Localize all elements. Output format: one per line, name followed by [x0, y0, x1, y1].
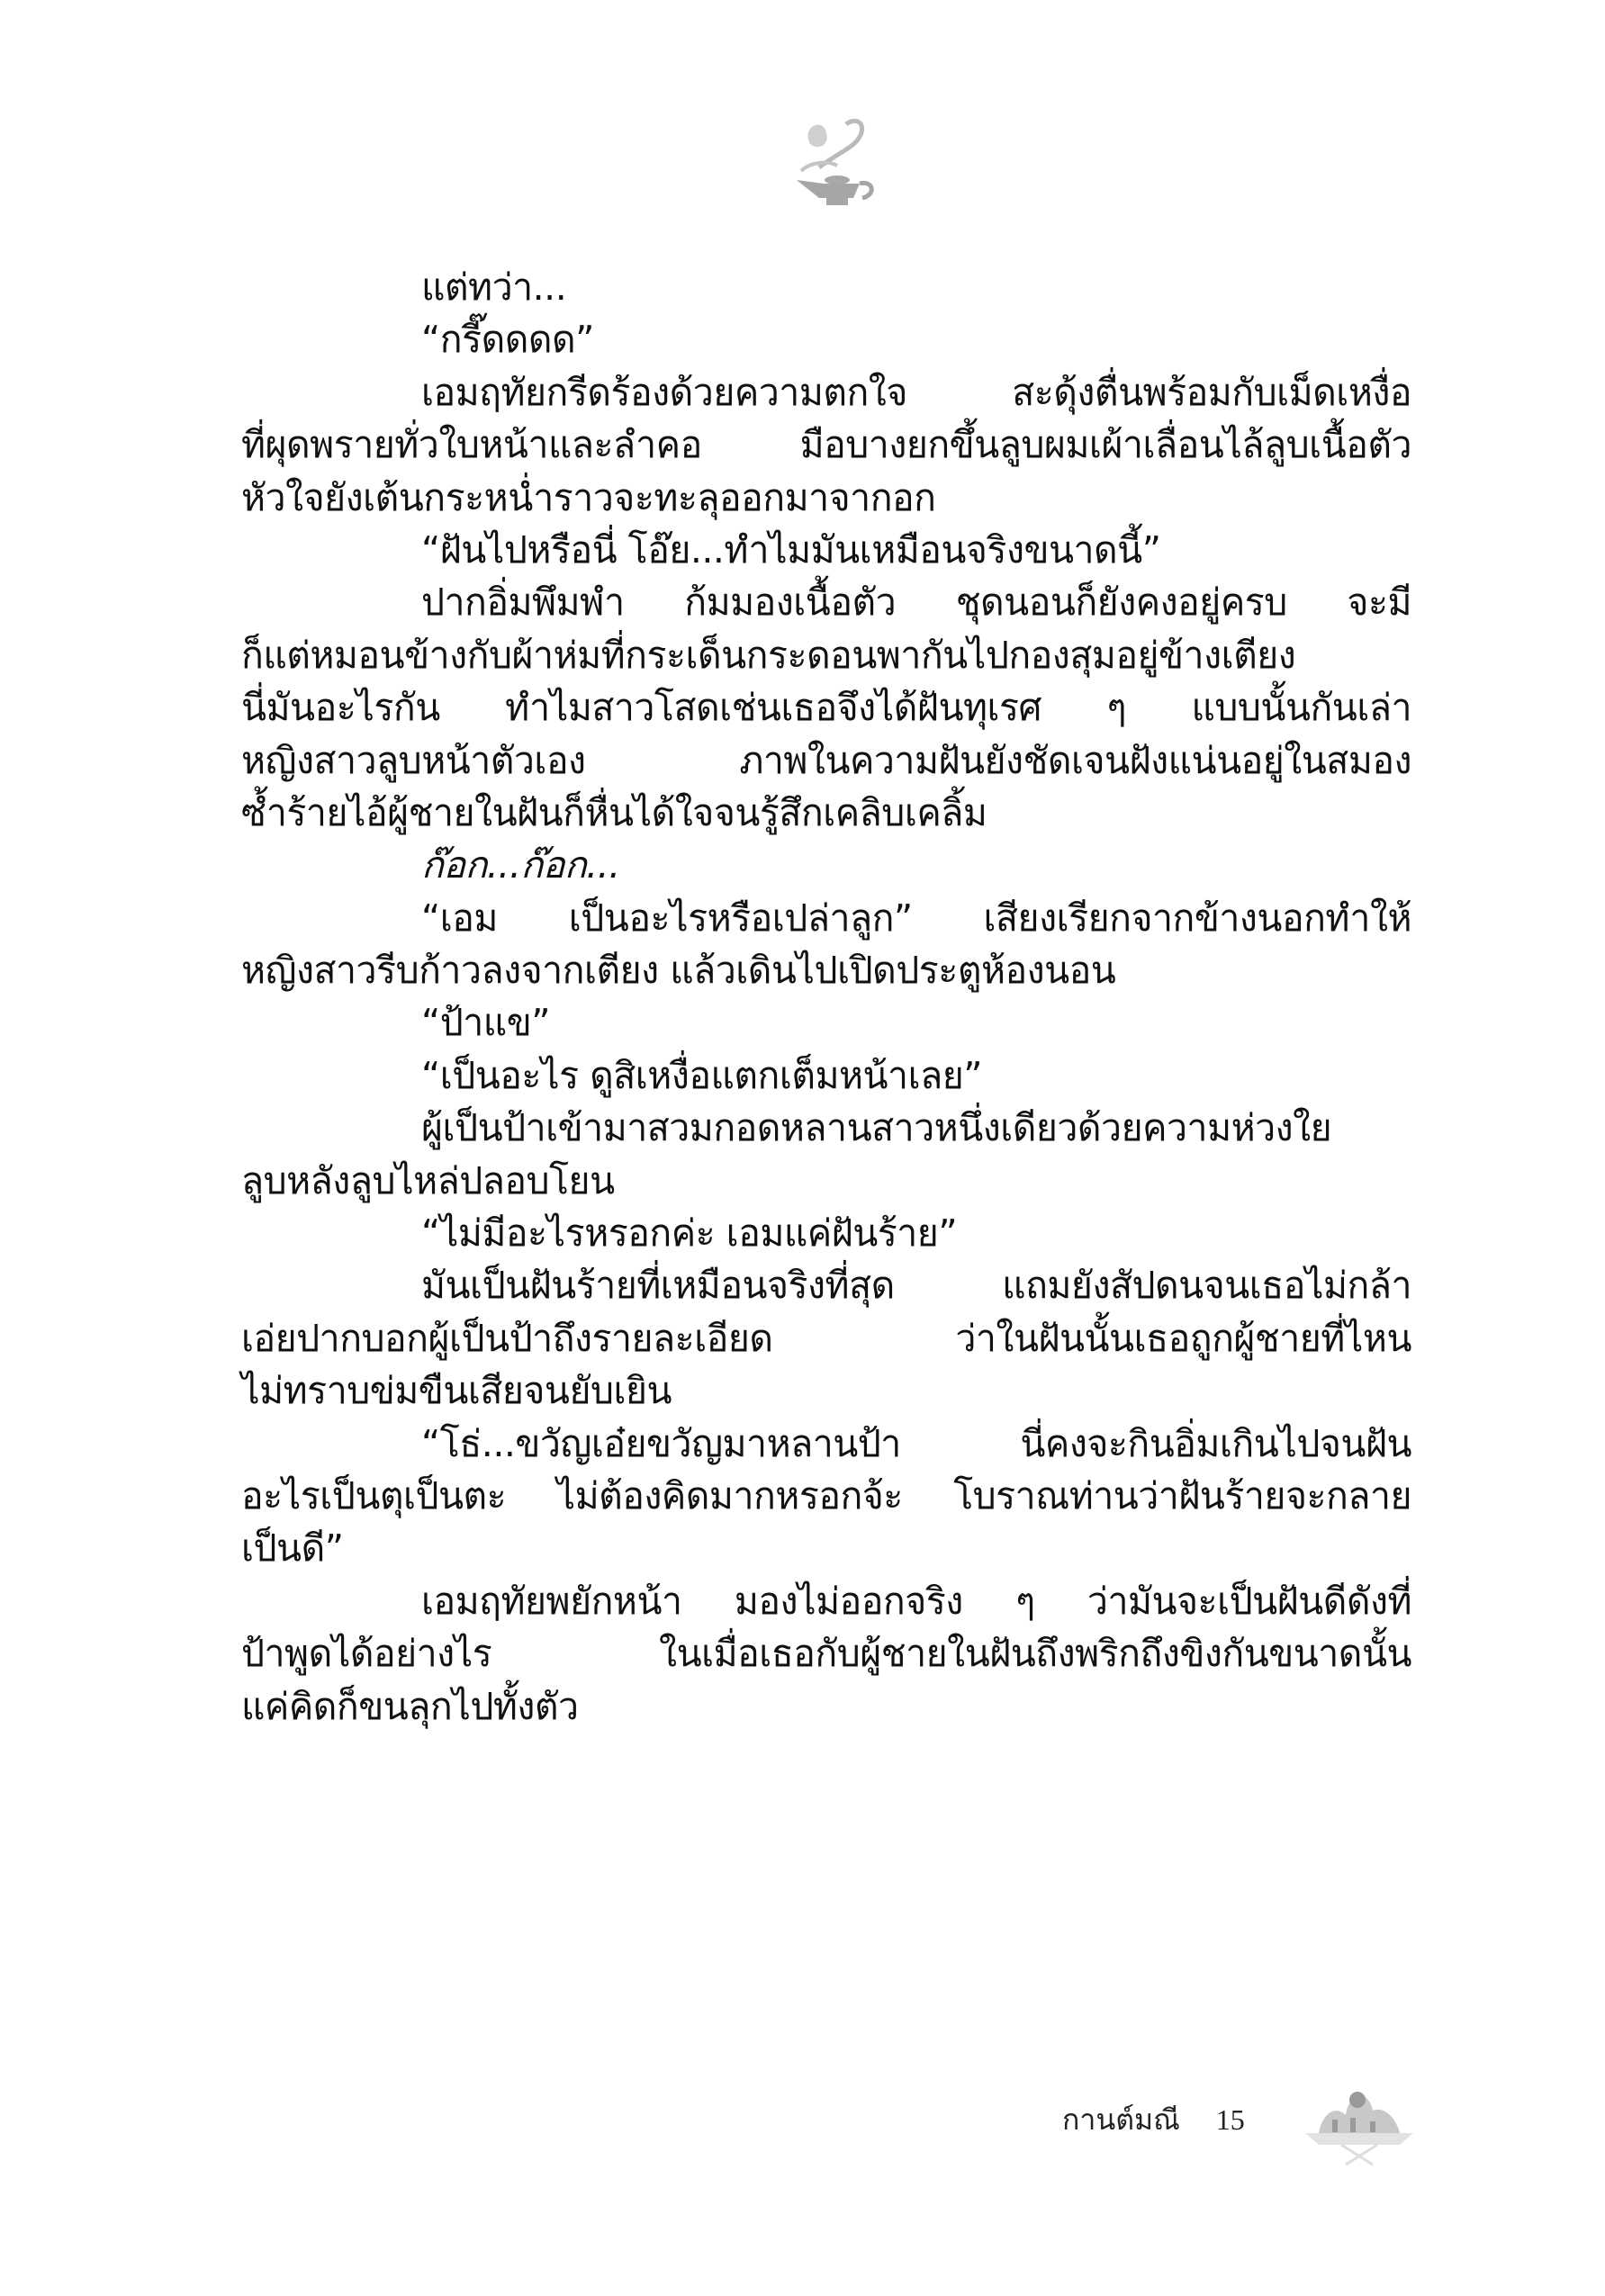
text-line: เป็นดี” — [241, 1522, 1411, 1574]
text-line: “โธ่...ขวัญเอ๋ยขวัญมาหลานป้า นี่คงจะกินอ… — [241, 1418, 1411, 1470]
floating-palace-icon — [1296, 2075, 1422, 2174]
page-number: 15 — [1216, 2103, 1245, 2137]
text-line: “เป็นอะไร ดูสิเหงื่อแตกเต็มหน้าเลย” — [241, 1049, 1411, 1102]
text-line: แค่คิดก็ขนลุกไปทั้งตัว — [241, 1680, 1411, 1733]
text-line: “ป้าแข” — [241, 996, 1411, 1049]
text-line: ปากอิ่มพึมพำ ก้มมองเนื้อตัว ชุดนอนก็ยังค… — [241, 576, 1411, 628]
magic-lamp-icon — [783, 108, 882, 216]
text-line: “ไม่มีอะไรหรอกค่ะ เอมแค่ฝันร้าย” — [241, 1207, 1411, 1259]
text-line: เอมฤทัยพยักหน้า มองไม่ออกจริง ๆ ว่ามันจะ… — [241, 1575, 1411, 1627]
text-line: มันเป็นฝันร้ายที่เหมือนจริงที่สุด แถมยัง… — [241, 1259, 1411, 1311]
text-line: ผู้เป็นป้าเข้ามาสวมกอดหลานสาวหนึ่งเดียวด… — [241, 1102, 1411, 1154]
text-line: หัวใจยังเต้นกระหน่ำราวจะทะลุออกมาจากอก — [241, 472, 1411, 524]
text-line: อะไรเป็นตุเป็นตะ ไม่ต้องคิดมากหรอกจ้ะ โบ… — [241, 1470, 1411, 1522]
text-line: ที่ผุดพรายทั่วใบหน้าและลำคอ มือบางยกขึ้น… — [241, 419, 1411, 471]
text-line: ซ้ำร้ายไอ้ผู้ชายในฝันก็หื่นได้ใจจนรู้สึก… — [241, 787, 1411, 839]
text-line: ก๊อก...ก๊อก... — [241, 839, 1411, 891]
text-line: นี่มันอะไรกัน ทำไมสาวโสดเช่นเธอจึงได้ฝัน… — [241, 681, 1411, 734]
text-line: “เอม เป็นอะไรหรือเปล่าลูก” เสียงเรียกจาก… — [241, 892, 1411, 944]
text-line: ลูบหลังลูบไหล่ปลอบโยน — [241, 1155, 1411, 1207]
page-footer: กานต์มณี 15 — [1062, 2093, 1245, 2147]
text-line: เอมฤทัยกรีดร้องด้วยความตกใจ สะดุ้งตื่นพร… — [241, 366, 1411, 419]
text-line: “ฝันไปหรือนี่ โอ๊ย...ทำไมมันเหมือนจริงขน… — [241, 524, 1411, 576]
story-body: แต่ทว่า...“กรี๊ดดดด”เอมฤทัยกรีดร้องด้วยค… — [241, 261, 1411, 1733]
text-line: หญิงสาวลูบหน้าตัวเอง ภาพในความฝันยังชัดเ… — [241, 734, 1411, 787]
text-line: ไม่ทราบข่มขืนเสียจนยับเยิน — [241, 1364, 1411, 1417]
text-line: หญิงสาวรีบก้าวลงจากเตียง แล้วเดินไปเปิดป… — [241, 944, 1411, 996]
text-line: “กรี๊ดดดด” — [241, 313, 1411, 365]
footer-book-title: กานต์มณี — [1062, 2097, 1180, 2143]
text-line: แต่ทว่า... — [241, 261, 1411, 313]
text-line: เอ่ยปากบอกผู้เป็นป้าถึงรายละเอียด ว่าในฝ… — [241, 1312, 1411, 1364]
text-line: ป้าพูดได้อย่างไร ในเมื่อเธอกับผู้ชายในฝั… — [241, 1627, 1411, 1679]
text-line: ก็แต่หมอนข้างกับผ้าห่มที่กระเด็นกระดอนพา… — [241, 629, 1411, 681]
